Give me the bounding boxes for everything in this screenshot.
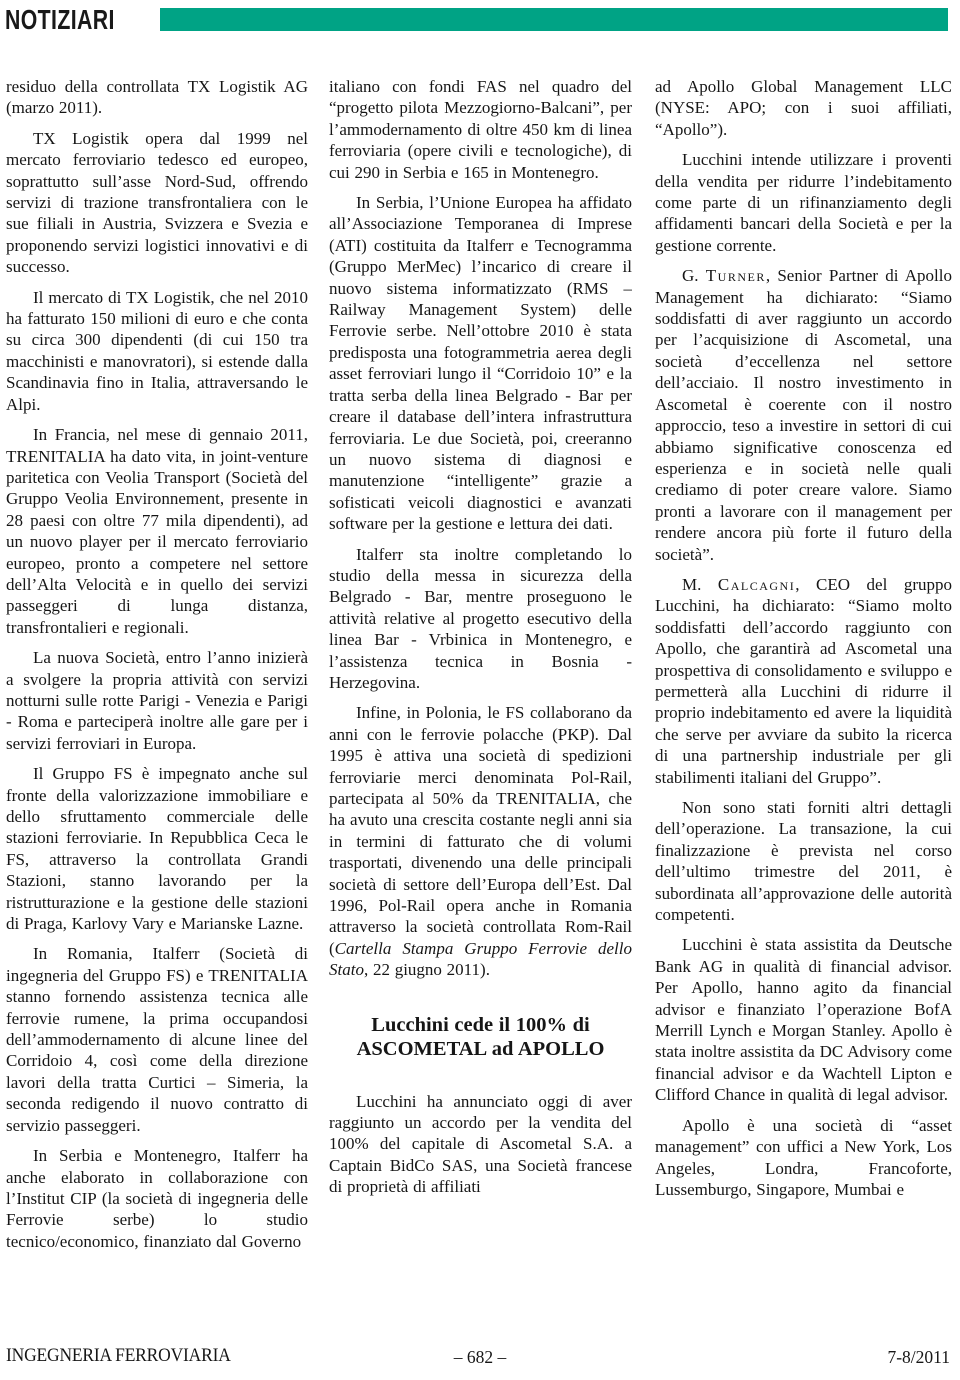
paragraph: TX Logistik opera dal 1999 nel mercato f… (6, 128, 308, 278)
paragraph: Lucchini ha annunciato oggi di aver ragg… (329, 1091, 632, 1198)
paragraph: Non sono stati forniti altri dettagli de… (655, 797, 952, 925)
paragraph: Il Gruppo FS è impegnato anche sul front… (6, 763, 308, 934)
paragraph-text: , 22 giugno 2011). (364, 960, 490, 979)
paragraph: Lucchini intende utilizzare i proventi d… (655, 149, 952, 256)
paragraph: italiano con fondi FAS nel quadro del “p… (329, 76, 632, 183)
paragraph: La nuova Società, entro l’anno inizierà … (6, 647, 308, 754)
journal-page: NOTIZIARI residuo della controllata TX L… (0, 0, 960, 1380)
paragraph: M. Calcagni, CEO del gruppo Lucchini, ha… (655, 574, 952, 788)
section-title: NOTIZIARI (5, 4, 115, 36)
text-column-3: ad Apollo Global Management LLC (NYSE: A… (655, 76, 952, 1342)
paragraph: Apollo è una società di “asset managemen… (655, 1115, 952, 1201)
paragraph: Lucchini è stata assistita da Deutsche B… (655, 934, 952, 1105)
paragraph: In Romania, Italferr (Società di ingegne… (6, 943, 308, 1136)
paragraph-text: , Senior Partner di Apollo Management ha… (655, 266, 952, 563)
person-name: Calcagni (718, 575, 795, 594)
article-title: Lucchini cede il 100% di ASCOMETAL ad AP… (337, 1013, 624, 1061)
text-column-1: residuo della controllata TX Logistik AG… (6, 76, 308, 1342)
text-column-2: italiano con fondi FAS nel quadro del “p… (329, 76, 632, 1342)
person-initial: M. (682, 575, 718, 594)
paragraph: residuo della controllata TX Logistik AG… (6, 76, 308, 119)
page-number: – 682 – (0, 1347, 960, 1368)
paragraph: G. Turner, Senior Partner di Apollo Mana… (655, 265, 952, 565)
paragraph: Italferr sta inoltre completando lo stud… (329, 544, 632, 694)
masthead-green-bar (160, 8, 948, 31)
person-initial: G. (682, 266, 706, 285)
paragraph: In Serbia, l’Unione Europea ha affidato … (329, 192, 632, 535)
paragraph: Il mercato di TX Logistik, che nel 2010 … (6, 287, 308, 415)
paragraph: In Serbia e Montenegro, Italferr ha anch… (6, 1145, 308, 1252)
person-name: Turner (706, 266, 766, 285)
paragraph: ad Apollo Global Management LLC (NYSE: A… (655, 76, 952, 140)
paragraph-text: Infine, in Polonia, le FS collaborano da… (329, 703, 632, 957)
issue-number: 7-8/2011 (887, 1347, 950, 1368)
paragraph: In Francia, nel mese di gennaio 2011, TR… (6, 424, 308, 638)
paragraph-text: , CEO del gruppo Lucchini, ha dichiarato… (655, 575, 952, 787)
paragraph: Infine, in Polonia, le FS collaborano da… (329, 702, 632, 980)
